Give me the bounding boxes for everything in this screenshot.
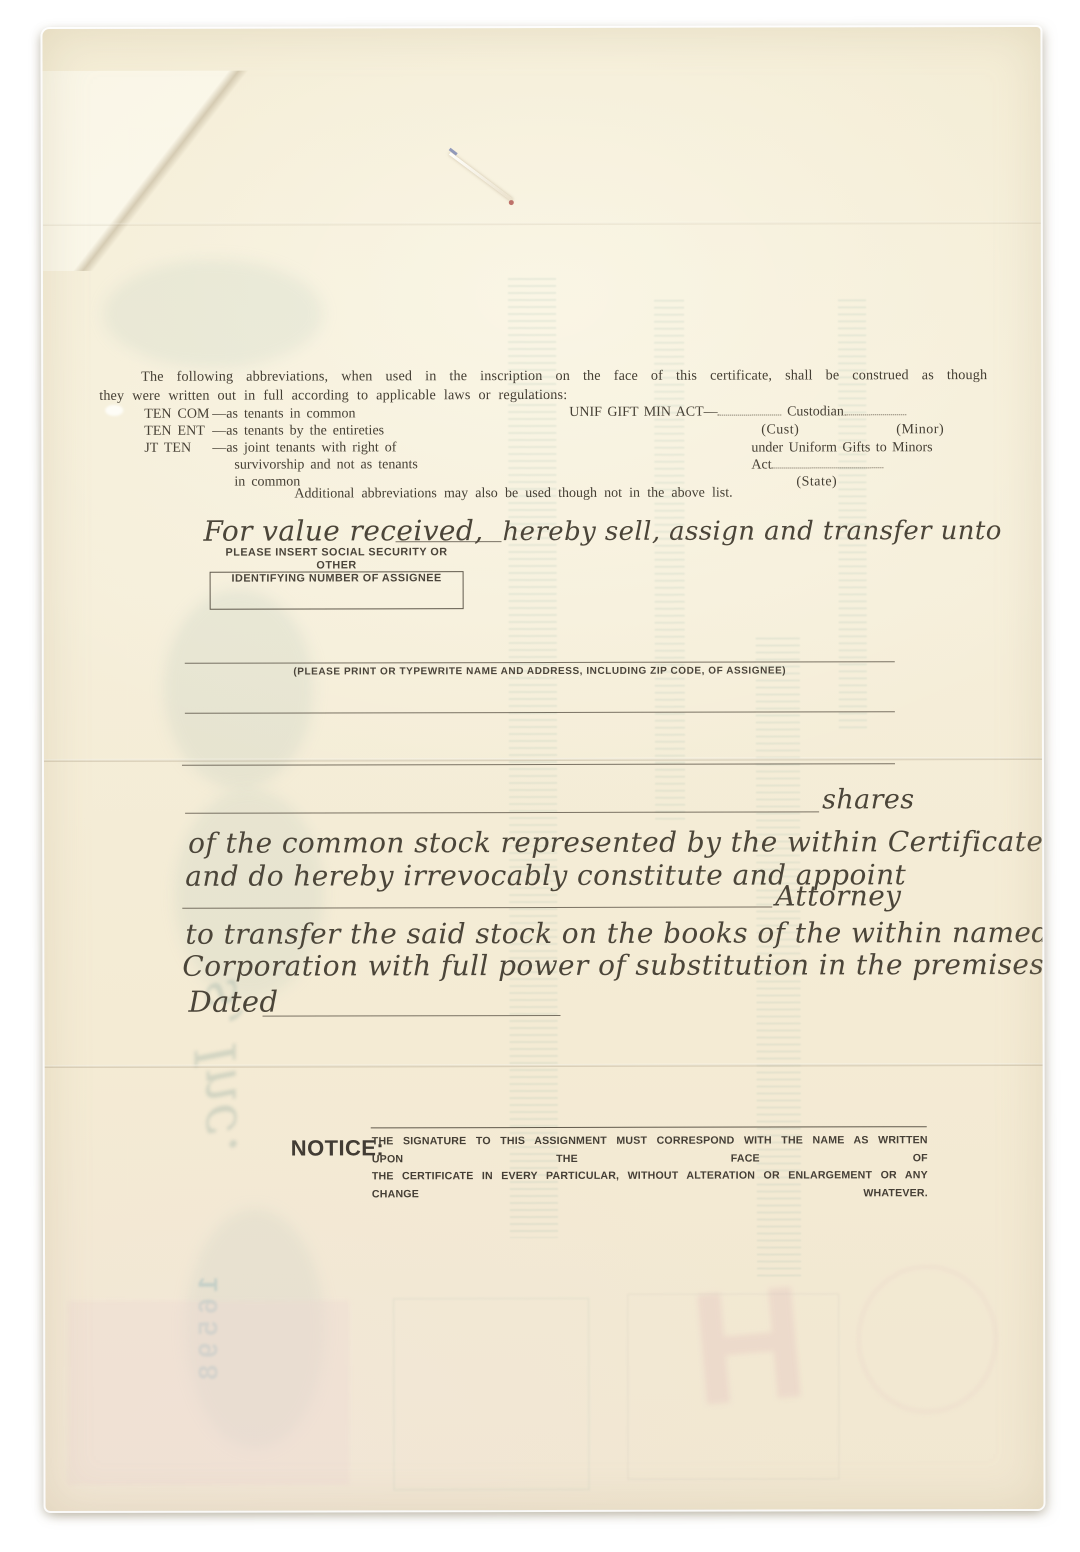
ghost-outline-panel <box>627 1293 839 1479</box>
transfer-clause-text: hereby sell, assign and transfer unto <box>502 516 1001 547</box>
notice-body-line-2: THE CERTIFICATE IN EVERY PARTICULAR, WIT… <box>372 1167 928 1203</box>
ghost-seal-circle <box>857 1265 997 1413</box>
abbr-definition: —as joint tenants with right of <box>212 440 396 455</box>
ssn-box <box>210 571 464 610</box>
scanned-document-stage: s, Inc. 16598 H The following abbreviati… <box>0 0 1080 1552</box>
dog-ear-fold <box>42 71 283 272</box>
assignor-name-blank-line <box>396 541 502 542</box>
for-value-received-text: For value received, <box>203 514 483 548</box>
notice-body: THE SIGNATURE TO THIS ASSIGNMENT MUST CO… <box>372 1132 928 1203</box>
abbr-jt-ten: JT TEN—as joint tenants with right of <box>144 439 418 457</box>
abbreviations-intro: The following abbreviations, when used i… <box>99 366 987 405</box>
abbr-definition: —as tenants by the entireties <box>212 423 384 438</box>
ssn-instruction-line-1: PLEASE INSERT SOCIAL SECURITY OR OTHER <box>208 546 466 572</box>
shares-blank-line <box>185 811 819 813</box>
custodian-name-fill-line <box>844 404 906 415</box>
assignee-instruction-text: (PLEASE PRINT OR TYPEWRITE NAME AND ADDR… <box>293 665 786 677</box>
dated-label: Dated <box>188 985 278 1019</box>
act-label: Act <box>751 458 771 473</box>
assignee-instruction: (PLEASE PRINT OR TYPEWRITE NAME AND ADDR… <box>185 665 895 677</box>
notice-rule <box>371 1126 927 1128</box>
abbr-ten-ent: TEN ENT—as tenants by the entireties <box>144 422 418 440</box>
clause-line-3: to transfer the said stock on the books … <box>185 916 1043 951</box>
act-row: Act <box>751 457 883 473</box>
intro-line-2: they were written out in full according … <box>99 385 987 405</box>
abbr-definition: —as tenants in common <box>212 406 355 421</box>
cust-hint: (Cust) <box>761 422 799 438</box>
shares-label: shares <box>822 784 915 815</box>
abbr-term: TEN COM <box>144 406 212 423</box>
abbreviation-list: TEN COM—as tenants in common TEN ENT—as … <box>144 405 418 491</box>
abbr-ten-com: TEN COM—as tenants in common <box>144 405 418 423</box>
state-hint: (State) <box>796 474 837 490</box>
abbr-term: TEN ENT <box>144 423 212 440</box>
unif-gift-label: UNIF GIFT MIN ACT— <box>569 405 717 420</box>
act-fill-line <box>772 457 884 468</box>
certificate-back-paper: s, Inc. 16598 H The following abbreviati… <box>42 27 1043 1511</box>
scratch-red-speck <box>509 200 514 205</box>
custodian-label: Custodian <box>787 404 844 419</box>
custodian-fill-line <box>718 404 782 415</box>
intro-line-1: The following abbreviations, when used i… <box>99 366 987 386</box>
under-uniform-gifts: under Uniform Gifts to Minors <box>751 440 932 456</box>
attorney-label: Attorney <box>775 879 901 912</box>
clause-line-1: of the common stock represented by the w… <box>188 825 1043 860</box>
scratch-mark <box>449 152 513 201</box>
additional-abbreviations-note: Additional abbreviations may also be use… <box>294 486 732 503</box>
abbr-term: JT TEN <box>144 440 212 457</box>
notice-body-line-1: THE SIGNATURE TO THIS ASSIGNMENT MUST CO… <box>372 1132 928 1168</box>
unif-gift-row: UNIF GIFT MIN ACT— Custodian <box>569 404 1009 421</box>
abbr-jt-ten-continuation: survivorship and not as tenants <box>144 456 418 474</box>
notice-label: NOTICE: <box>291 1135 384 1161</box>
paper-flaw <box>105 405 123 416</box>
ghost-showthrough-blob <box>103 258 323 368</box>
clause-line-4: Corporation with full power of substitut… <box>182 948 1043 983</box>
ghost-outline-panel <box>393 1298 589 1490</box>
ghost-pink-panel <box>67 1300 349 1485</box>
attorney-blank-line <box>182 907 772 909</box>
minor-hint: (Minor) <box>896 422 944 438</box>
